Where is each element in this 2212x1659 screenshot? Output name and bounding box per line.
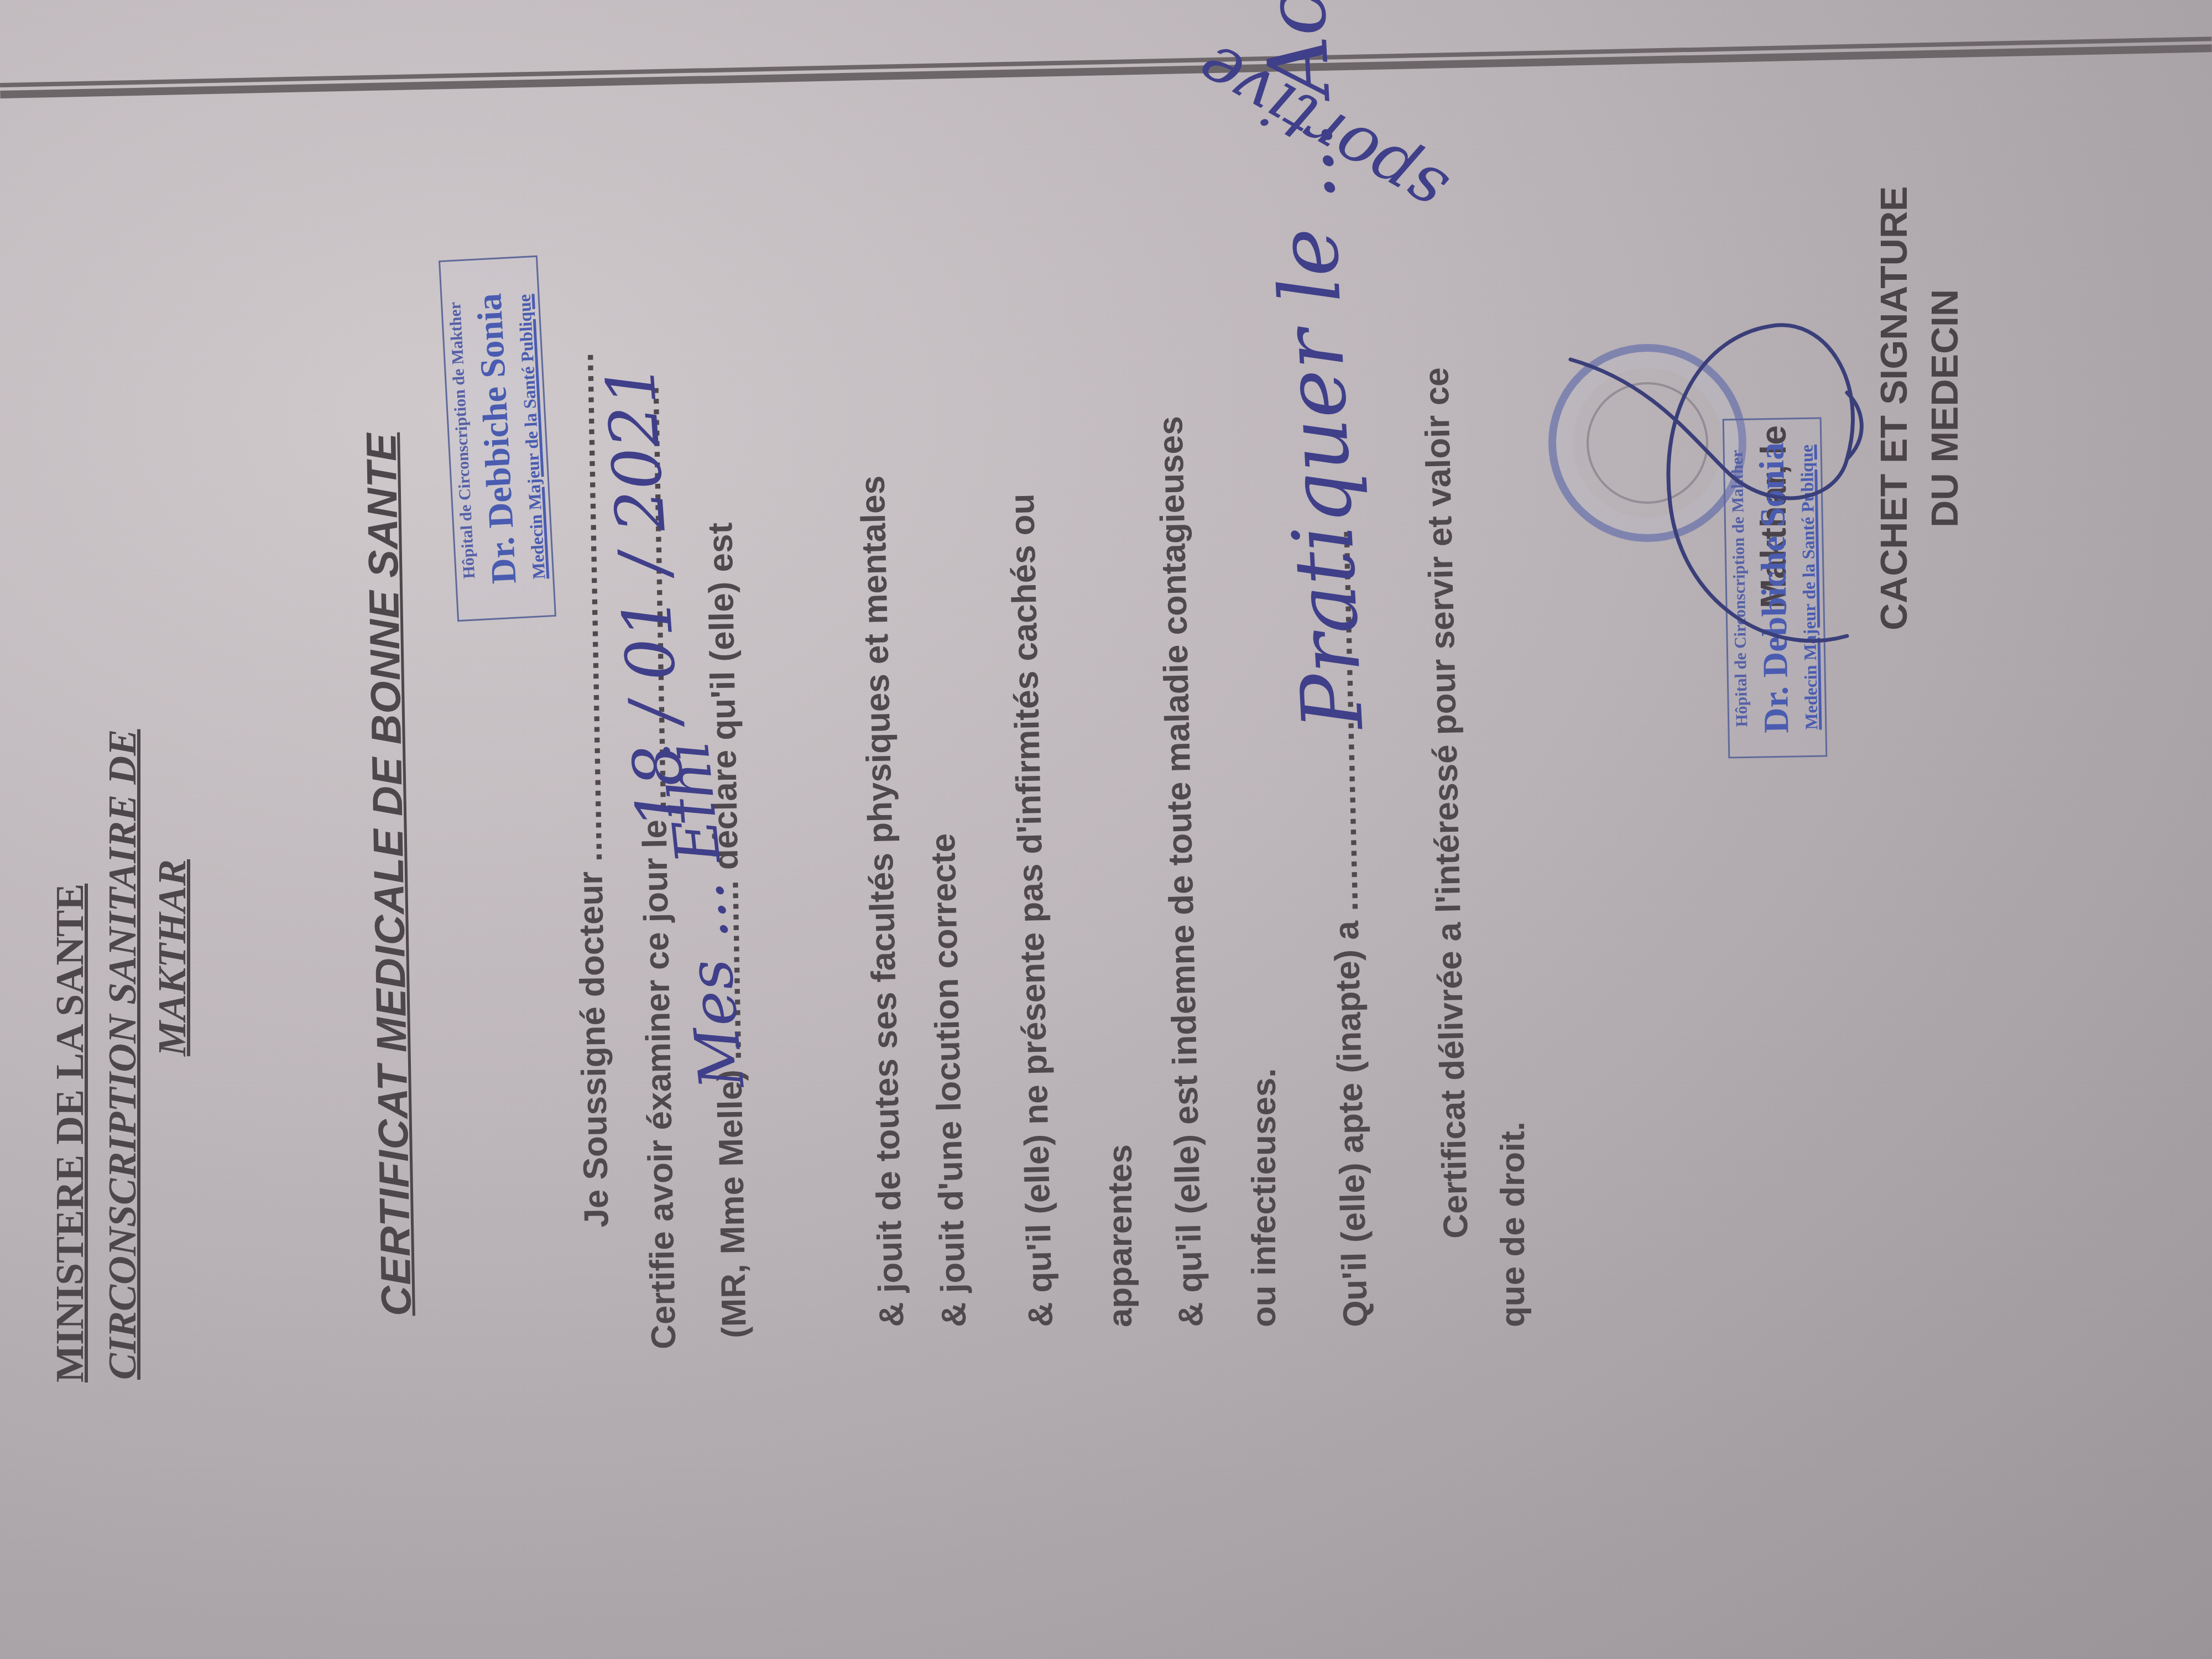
line-droit: que de droit. bbox=[1493, 1121, 1532, 1327]
patient-prefix: (MR, Mme Melle) bbox=[711, 1070, 753, 1339]
cachet-line-2: DU MEDECIN bbox=[1920, 186, 1971, 630]
line-infectieuses: ou infectieuses. bbox=[1244, 1068, 1284, 1327]
doctor-signature bbox=[1537, 249, 1880, 669]
soussigne-text: Je Soussigné docteur bbox=[572, 871, 616, 1228]
header-circonscription: CIRCONSCRIPTION SANITAIRE DE bbox=[102, 729, 142, 1380]
cachet-line-1: CACHET ET SIGNATURE bbox=[1869, 186, 1920, 630]
line-delivree: Certificat délivrée a l'intéressé pour s… bbox=[1417, 367, 1476, 1239]
line-apparentes: apparentes bbox=[1100, 1144, 1140, 1327]
cachet-signature-label: CACHET ET SIGNATURE DU MEDECIN bbox=[1869, 186, 1971, 630]
header-city: MAKTHAR bbox=[152, 859, 192, 1056]
certificate-title: CERTIFICAT MEDICALE DE BONNE SANTE bbox=[357, 432, 421, 1317]
line-facultes: & jouit de toutes ses facultés physiques… bbox=[853, 475, 912, 1327]
line-indemne: & qu'il (elle) est indemne de toute mala… bbox=[1151, 416, 1211, 1328]
doctor-stamp-top: Hôpital de Circonscription de Makther Dr… bbox=[439, 255, 556, 622]
medical-certificate: MINISTERE DE LA SANTE CIRCONSCRIPTION SA… bbox=[0, 0, 2212, 1659]
header-ministry: MINISTERE DE LA SANTE bbox=[50, 884, 90, 1383]
aptitude-prefix: Qu'il (elle) apte (inapte) a bbox=[1328, 920, 1375, 1327]
line-infirmites: & qu'il (elle) ne présente pas d'infirmi… bbox=[1003, 493, 1061, 1328]
line-locution: & jouit d'une locution correcte bbox=[924, 833, 974, 1328]
